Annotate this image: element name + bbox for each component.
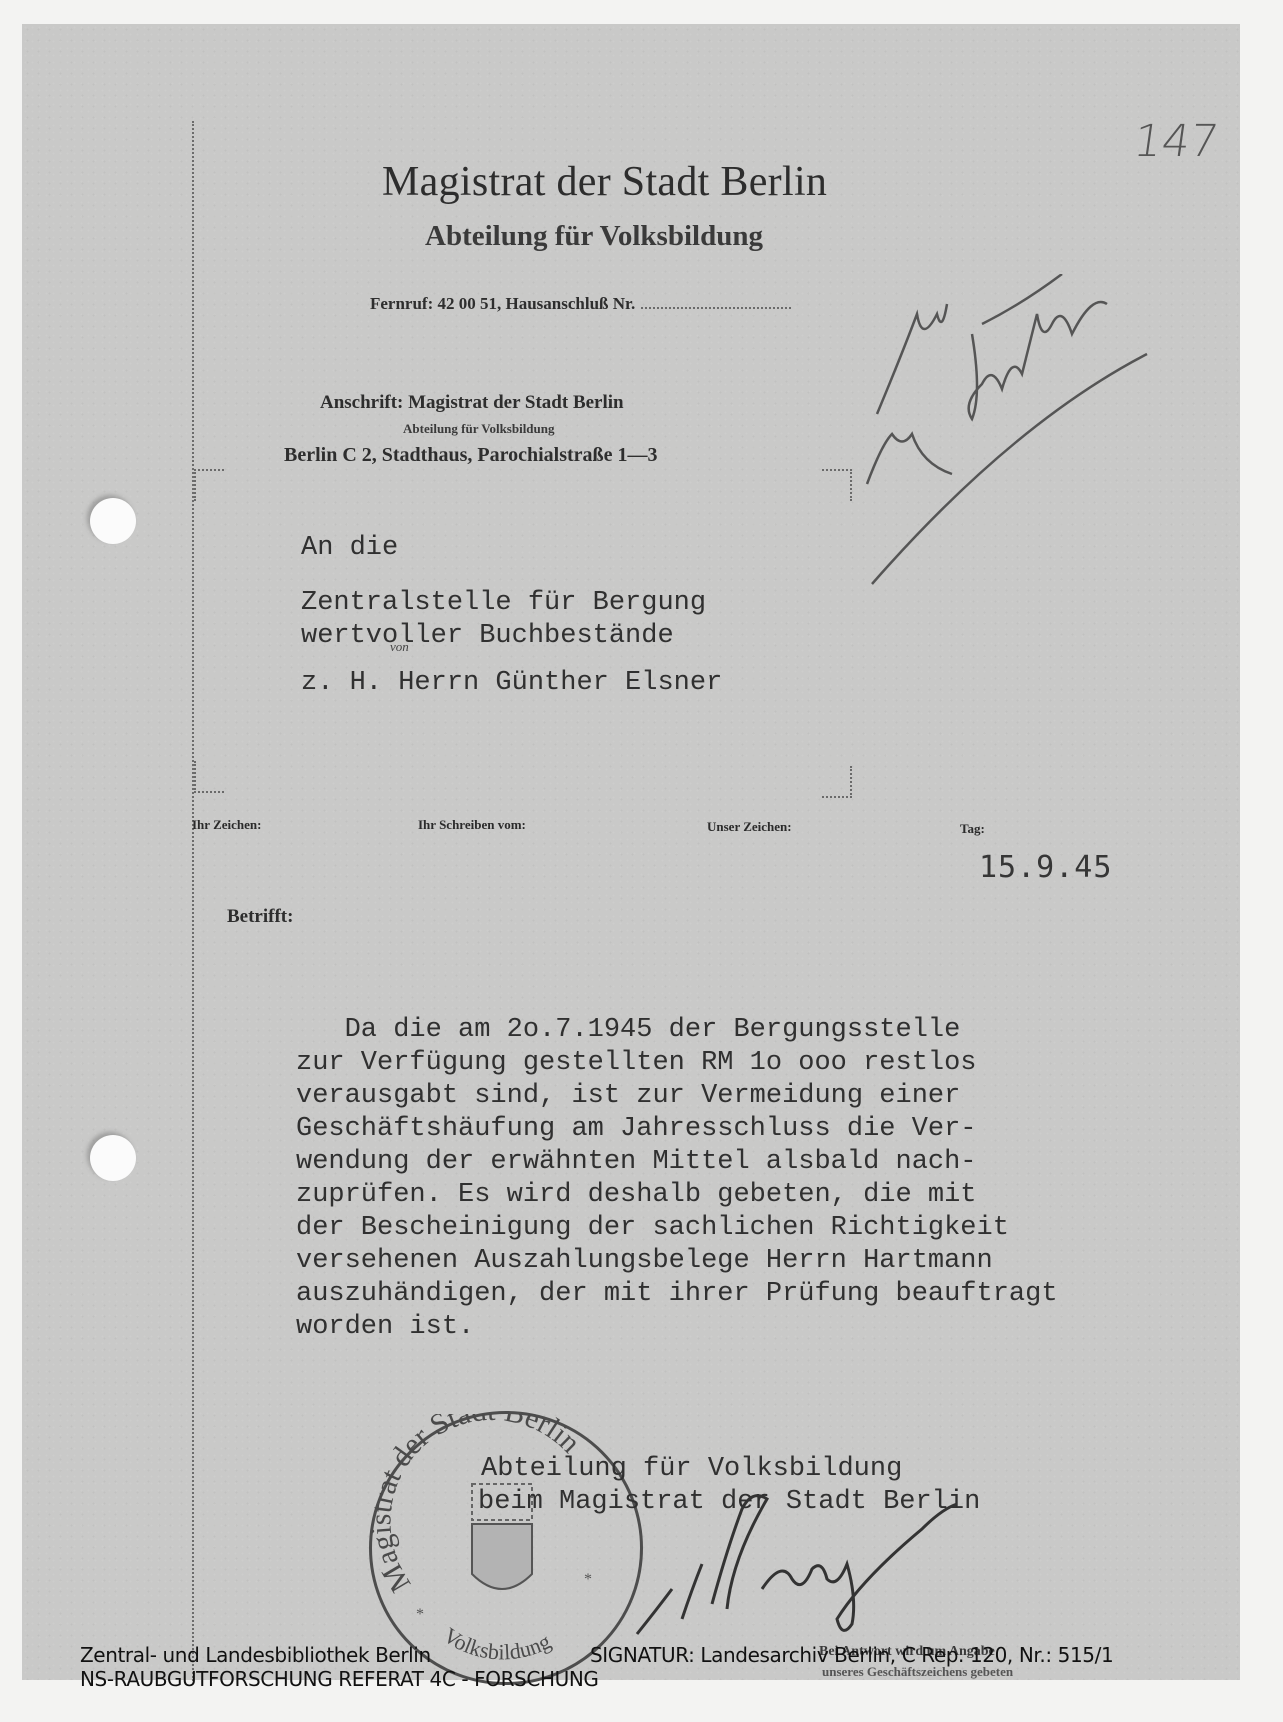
return-address-line-1: Anschrift: Magistrat der Stadt Berlin bbox=[320, 392, 624, 414]
recipient-line-3: wertvoller Buchbestände bbox=[301, 620, 722, 653]
phone-text: Fernruf: 42 00 51, Hausanschluß Nr. bbox=[370, 294, 635, 313]
handwritten-page-number: 147 bbox=[1130, 116, 1221, 167]
svg-text:*: * bbox=[584, 1571, 592, 1588]
footer-signature: SIGNATUR: Landesarchiv Berlin, C Rep. 12… bbox=[590, 1643, 1113, 1667]
letterhead-phone: Fernruf: 42 00 51, Hausanschluß Nr. bbox=[370, 294, 791, 314]
document-page: 147 Magistrat der Stadt Berlin Abteilung… bbox=[22, 24, 1240, 1680]
our-reference-label: Unser Zeichen: bbox=[707, 819, 792, 835]
svg-text:Volksbildung: Volksbildung bbox=[439, 1622, 555, 1664]
window-corner-bl bbox=[194, 761, 224, 793]
body-line: Geschäftshäufung am Jahresschluss die Ve… bbox=[296, 1113, 1276, 1146]
body-line: zur Verfügung gestellten RM 1o ooo restl… bbox=[296, 1047, 1276, 1080]
letter-body: Da die am 2o.7.1945 der Bergungsstellezu… bbox=[296, 1014, 1276, 1344]
date-label: Tag: bbox=[960, 821, 985, 837]
your-reference-label: Ihr Zeichen: bbox=[192, 817, 261, 833]
recipient-line-4: z. H. Herrn Günther Elsner bbox=[301, 667, 722, 700]
your-letter-label: Ihr Schreiben vom: bbox=[418, 817, 526, 833]
body-line: auszuhändigen, der mit ihrer Prüfung bea… bbox=[296, 1278, 1276, 1311]
body-line: der Bescheinigung der sachlichen Richtig… bbox=[296, 1212, 1276, 1245]
body-line: worden ist. bbox=[296, 1311, 1276, 1344]
footer-department: NS-RAUBGUTFORSCHUNG REFERAT 4C - FORSCHU… bbox=[80, 1667, 599, 1691]
body-line: verausgabt sind, ist zur Vermeidung eine… bbox=[296, 1080, 1276, 1113]
body-line: Da die am 2o.7.1945 der Bergungsstelle bbox=[296, 1014, 1276, 1047]
return-address-line-2: Abteilung für Volksbildung bbox=[403, 421, 555, 437]
recipient-line-1: An die bbox=[301, 532, 722, 565]
handwritten-signature bbox=[632, 1469, 962, 1644]
letterhead-department: Abteilung für Volksbildung bbox=[425, 220, 763, 253]
dotted-blank bbox=[641, 307, 791, 309]
letterhead-title: Magistrat der Stadt Berlin bbox=[382, 158, 827, 206]
window-corner-tl bbox=[194, 469, 224, 501]
punch-hole bbox=[90, 498, 136, 544]
svg-text:*: * bbox=[416, 1606, 424, 1623]
body-line: versehenen Auszahlungsbelege Herrn Hartm… bbox=[296, 1245, 1276, 1278]
handwritten-correction: von bbox=[390, 639, 409, 655]
date-value: 15.9.45 bbox=[979, 850, 1112, 885]
fold-line bbox=[192, 121, 194, 1681]
body-line: zuprüfen. Es wird deshalb gebeten, die m… bbox=[296, 1179, 1276, 1212]
window-corner-br bbox=[822, 766, 852, 798]
subject-label: Betrifft: bbox=[227, 906, 293, 928]
recipient-address: An die Zentralstelle für Bergung wertvol… bbox=[301, 532, 722, 700]
body-line: wendung der erwähnten Mittel alsbald nac… bbox=[296, 1146, 1276, 1179]
return-address-line-3: Berlin C 2, Stadthaus, Parochialstraße 1… bbox=[284, 444, 658, 467]
footer-institution: Zentral- und Landesbibliothek Berlin bbox=[80, 1643, 431, 1667]
punch-hole bbox=[90, 1135, 136, 1181]
window-corner-tr bbox=[822, 469, 852, 501]
recipient-line-2: Zentralstelle für Bergung bbox=[301, 587, 722, 620]
handwritten-margin-note bbox=[862, 274, 1162, 594]
